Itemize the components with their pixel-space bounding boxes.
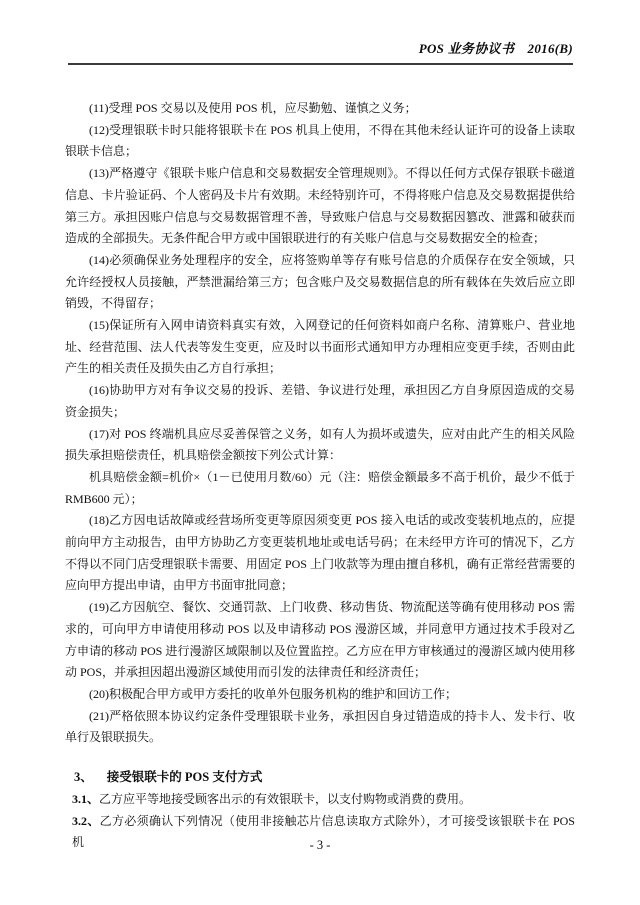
subclause-3-1-number: 3.1、 bbox=[72, 792, 99, 806]
clause-20: (20)积极配合甲方或甲方委托的收单外包服务机构的维护和回访工作； bbox=[65, 684, 575, 706]
section-number: 3、 bbox=[74, 770, 93, 784]
subclause-3-1: 3.1、乙方应平等地接受顾客出示的有效银联卡，以支付购物或消费的费用。 bbox=[72, 789, 575, 811]
clause-14: (14)必须确保业务处理程序的安全，应将签购单等存有账号信息的介质保存在安全领域… bbox=[65, 250, 575, 315]
clause-15: (15)保证所有入网申请资料真实有效，入网登记的任何资料如商户名称、清算账户、营… bbox=[65, 315, 575, 380]
document-page: POS 业务协议书 2016(B) (11)受理 POS 交易以及使用 POS … bbox=[0, 0, 640, 905]
clause-17-formula: 机具赔偿金额=机价×（1－已使用月数/60）元（注：赔偿金额最多不高于机价，最少… bbox=[65, 467, 575, 510]
clause-18: (18)乙方因电话故障或经营场所变更等原因须变更 POS 接入电话的或改变装机地… bbox=[65, 510, 575, 597]
subclause-3-1-text: 乙方应平等地接受顾客出示的有效银联卡，以支付购物或消费的费用。 bbox=[99, 792, 471, 806]
page-footer: - 3 - bbox=[0, 838, 640, 853]
clause-16: (16)协助甲方对有争议交易的投诉、差错、争议进行处理，承担因乙方自身原因造成的… bbox=[65, 380, 575, 423]
document-body: (11)受理 POS 交易以及使用 POS 机，应尽勤勉、谨慎之义务； (12)… bbox=[65, 98, 575, 854]
page-number: - 3 - bbox=[310, 838, 331, 852]
section-title: 接受银联卡的 POS 支付方式 bbox=[107, 770, 263, 784]
header-rule bbox=[68, 63, 573, 65]
subclause-3-2-number: 3.2、 bbox=[72, 814, 100, 828]
clause-11: (11)受理 POS 交易以及使用 POS 机，应尽勤勉、谨慎之义务； bbox=[65, 98, 575, 120]
clause-12: (12)受理银联卡时只能将银联卡在 POS 机具上使用，不得在其他未经认证许可的… bbox=[65, 120, 575, 163]
header-title: POS 业务协议书 2016(B) bbox=[419, 41, 573, 56]
page-header: POS 业务协议书 2016(B) bbox=[0, 0, 640, 58]
section-heading: 3、接受银联卡的 POS 支付方式 bbox=[74, 767, 575, 789]
clause-13: (13)严格遵守《银联卡账户信息和交易数据安全管理规则》。不得以任何方式保存银联… bbox=[65, 163, 575, 250]
clause-21: (21)严格依照本协议约定条件受理银联卡业务，承担因自身过错造成的持卡人、发卡行… bbox=[65, 706, 575, 749]
clause-19: (19)乙方因航空、餐饮、交通罚款、上门收费、移动售货、物流配送等确有使用移动 … bbox=[65, 597, 575, 684]
clause-17: (17)对 POS 终端机具应尽妥善保管之义务，如有人为损坏或遗失，应对由此产生… bbox=[65, 424, 575, 467]
